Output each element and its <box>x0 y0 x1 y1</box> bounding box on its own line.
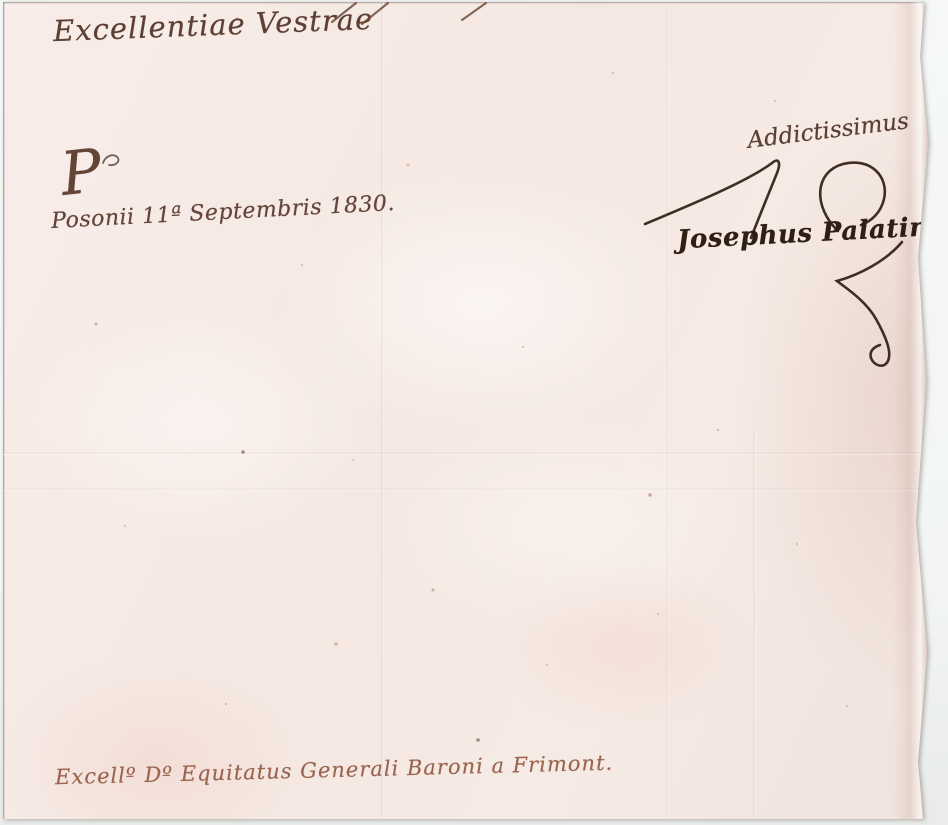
paper-surface: Excellentiae Vestrae P Posonii 11ª Septe… <box>3 2 934 819</box>
signature-lead-stroke <box>645 161 779 238</box>
signature-paraph <box>837 242 902 366</box>
pen-stroke <box>332 3 356 22</box>
pen-stroke <box>362 3 388 24</box>
scanned-letter-page: Excellentiae Vestrae P Posonii 11ª Septe… <box>0 0 948 825</box>
cropped-pen-strokes <box>332 3 486 24</box>
ink-flourish-overlay <box>3 2 934 819</box>
signature-flourish <box>645 161 902 366</box>
initial-mark-curl <box>103 155 118 165</box>
pen-stroke <box>462 3 486 20</box>
paper-sheet: Excellentiae Vestrae P Posonii 11ª Septe… <box>3 2 934 819</box>
signature-p-loop <box>820 163 885 231</box>
